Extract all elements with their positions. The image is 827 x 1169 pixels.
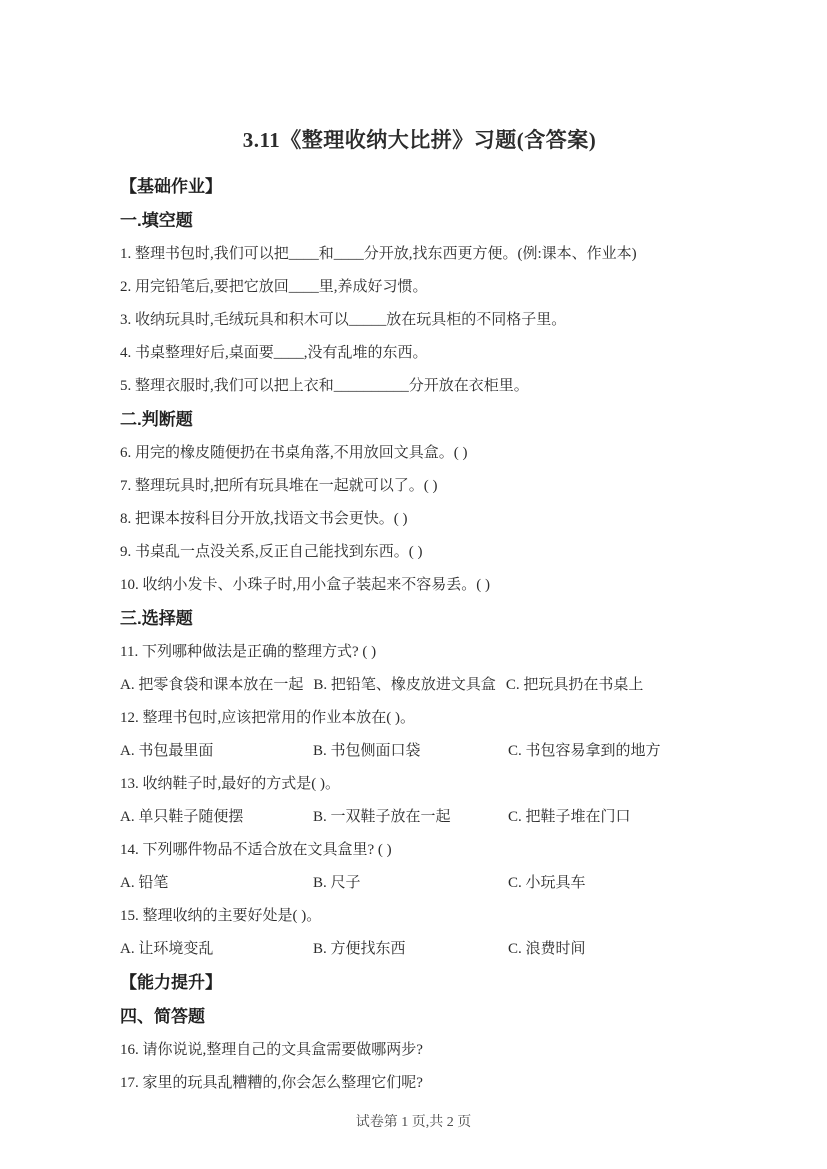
option-12-a: A. 书包最里面	[120, 735, 313, 768]
choice-options-14: A. 铅笔 B. 尺子 C. 小玩具车	[120, 867, 719, 900]
option-12-b: B. 书包侧面口袋	[313, 735, 508, 768]
page-title: 3.11《整理收纳大比拼》习题(含答案)	[120, 122, 719, 158]
option-13-a: A. 单只鞋子随便摆	[120, 801, 313, 834]
judge-question-7: 7. 整理玩具时,把所有玩具堆在一起就可以了。( )	[120, 470, 719, 503]
choice-question-13: 13. 收纳鞋子时,最好的方式是( )。	[120, 768, 719, 801]
fill-question-2: 2. 用完铅笔后,要把它放回____里,养成好习惯。	[120, 271, 719, 304]
page-footer: 试卷第 1 页,共 2 页	[0, 1111, 827, 1131]
choice-options-13: A. 单只鞋子随便摆 B. 一双鞋子放在一起 C. 把鞋子堆在门口	[120, 801, 719, 834]
fill-question-4: 4. 书桌整理好后,桌面要____,没有乱堆的东西。	[120, 337, 719, 370]
short-question-17: 17. 家里的玩具乱糟糟的,你会怎么整理它们呢?	[120, 1067, 719, 1100]
short-question-16: 16. 请你说说,整理自己的文具盒需要做哪两步?	[120, 1034, 719, 1067]
option-11-c: C. 把玩具扔在书桌上	[506, 669, 644, 702]
section-label-basic: 【基础作业】	[120, 170, 719, 204]
part-heading-fill: 一.填空题	[120, 204, 719, 238]
section-label-ability: 【能力提升】	[120, 966, 719, 1000]
option-14-a: A. 铅笔	[120, 867, 313, 900]
choice-question-11: 11. 下列哪种做法是正确的整理方式? ( )	[120, 636, 719, 669]
option-15-a: A. 让环境变乱	[120, 933, 313, 966]
option-15-b: B. 方便找东西	[313, 933, 508, 966]
choice-options-15: A. 让环境变乱 B. 方便找东西 C. 浪费时间	[120, 933, 719, 966]
option-14-b: B. 尺子	[313, 867, 508, 900]
fill-question-3: 3. 收纳玩具时,毛绒玩具和积木可以_____放在玩具柜的不同格子里。	[120, 304, 719, 337]
part-heading-short: 四、简答题	[120, 1000, 719, 1034]
judge-question-6: 6. 用完的橡皮随便扔在书桌角落,不用放回文具盒。( )	[120, 437, 719, 470]
option-14-c: C. 小玩具车	[508, 867, 719, 900]
judge-question-8: 8. 把课本按科目分开放,找语文书会更快。( )	[120, 503, 719, 536]
worksheet-page: 3.11《整理收纳大比拼》习题(含答案) 【基础作业】 一.填空题 1. 整理书…	[0, 0, 827, 1169]
part-heading-judge: 二.判断题	[120, 403, 719, 437]
part-heading-choice: 三.选择题	[120, 602, 719, 636]
choice-question-15: 15. 整理收纳的主要好处是( )。	[120, 900, 719, 933]
choice-question-14: 14. 下列哪件物品不适合放在文具盒里? ( )	[120, 834, 719, 867]
fill-question-1: 1. 整理书包时,我们可以把____和____分开放,找东西更方便。(例:课本、…	[120, 238, 719, 271]
judge-question-9: 9. 书桌乱一点没关系,反正自己能找到东西。( )	[120, 536, 719, 569]
worksheet-content: 3.11《整理收纳大比拼》习题(含答案) 【基础作业】 一.填空题 1. 整理书…	[120, 122, 719, 1100]
choice-options-11: A. 把零食袋和课本放在一起 B. 把铅笔、橡皮放进文具盒 C. 把玩具扔在书桌…	[120, 669, 719, 702]
fill-question-5: 5. 整理衣服时,我们可以把上衣和__________分开放在衣柜里。	[120, 370, 719, 403]
judge-question-10: 10. 收纳小发卡、小珠子时,用小盒子装起来不容易丢。( )	[120, 569, 719, 602]
choice-question-12: 12. 整理书包时,应该把常用的作业本放在( )。	[120, 702, 719, 735]
option-11-a: A. 把零食袋和课本放在一起	[120, 669, 303, 702]
option-13-c: C. 把鞋子堆在门口	[508, 801, 719, 834]
option-12-c: C. 书包容易拿到的地方	[508, 735, 719, 768]
option-11-b: B. 把铅笔、橡皮放进文具盒	[313, 669, 496, 702]
choice-options-12: A. 书包最里面 B. 书包侧面口袋 C. 书包容易拿到的地方	[120, 735, 719, 768]
option-13-b: B. 一双鞋子放在一起	[313, 801, 508, 834]
option-15-c: C. 浪费时间	[508, 933, 719, 966]
